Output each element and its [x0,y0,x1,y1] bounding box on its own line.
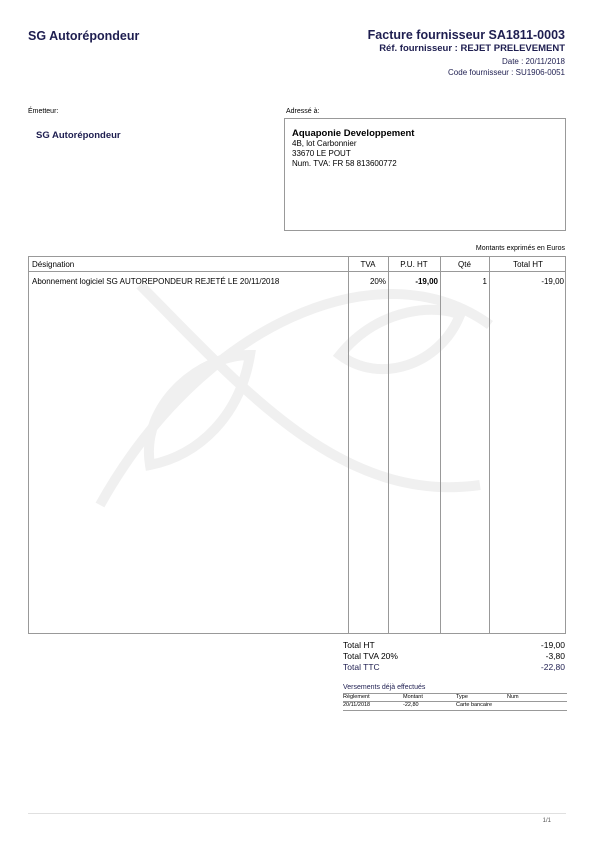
supplier-ref: Réf. fournisseur : REJET PRELEVEMENT [368,43,565,54]
column-header-designation: Désignation [32,260,74,269]
currency-note: Montants exprimés en Euros [476,245,565,252]
total-tva-row: Total TVA 20% -3,80 [343,651,565,662]
row-total-ht: -19,00 [489,277,564,286]
payment-amount: -22,80 [403,702,419,708]
row-pu-ht: -19,00 [388,277,438,286]
column-header-pu-ht: P.U. HT [388,260,440,269]
recipient-label: Adressé à: [286,108,319,115]
invoice-lines-table: Désignation TVA P.U. HT Qté Total HT Abo… [28,256,566,634]
totals-block: Total HT -19,00 Total TVA 20% -3,80 Tota… [343,640,565,673]
payment-type: Carte bancaire [456,702,492,708]
total-ttc-row: Total TTC -22,80 [343,662,565,673]
payments-col-date: Règlement [343,694,370,700]
total-tva-value: -3,80 [546,651,565,662]
sender-name: SG Autorépondeur [36,130,121,141]
page-number: 1/1 [543,818,551,824]
row-designation: Abonnement logiciel SG AUTOREPONDEUR REJ… [32,277,279,286]
column-header-tva: TVA [348,260,388,269]
payments-header: Règlement Montant Type Num [343,693,567,702]
total-tva-label: Total TVA 20% [343,651,398,662]
column-header-qty: Qté [440,260,489,269]
recipient-address-line: 33670 LE POUT [292,149,565,159]
sender-label: Émetteur: [28,108,58,115]
invoice-title: Facture fournisseur SA1811-0003 [368,28,565,42]
payments-col-amount: Montant [403,694,423,700]
row-qty: 1 [440,277,487,286]
total-ht-row: Total HT -19,00 [343,640,565,651]
company-brand: SG Autorépondeur [28,29,139,43]
row-tva: 20% [348,277,386,286]
payments-col-type: Type [456,694,468,700]
recipient-address-line: 4B, lot Carbonnier [292,139,565,149]
recipient-box: Aquaponie Developpement 4B, lot Carbonni… [284,118,566,231]
payment-row: 20/11/2018 -22,80 Carte bancaire [343,702,567,711]
invoice-header: Facture fournisseur SA1811-0003 Réf. fou… [368,28,565,77]
payment-date: 20/11/2018 [343,702,370,708]
total-ttc-label: Total TTC [343,662,380,673]
payments-title: Versements déjà effectués [343,684,567,691]
payments-col-num: Num [507,694,519,700]
invoice-date: Date : 20/11/2018 [368,57,565,66]
column-header-total-ht: Total HT [489,260,567,269]
footer-divider [28,813,566,814]
supplier-code: Code fournisseur : SU1906-0051 [368,68,565,77]
total-ttc-value: -22,80 [541,662,565,673]
total-ht-label: Total HT [343,640,375,651]
recipient-vat: Num. TVA: FR 58 813600772 [292,159,565,169]
payments-block: Versements déjà effectués Règlement Mont… [343,684,567,711]
recipient-name: Aquaponie Developpement [292,128,565,139]
total-ht-value: -19,00 [541,640,565,651]
